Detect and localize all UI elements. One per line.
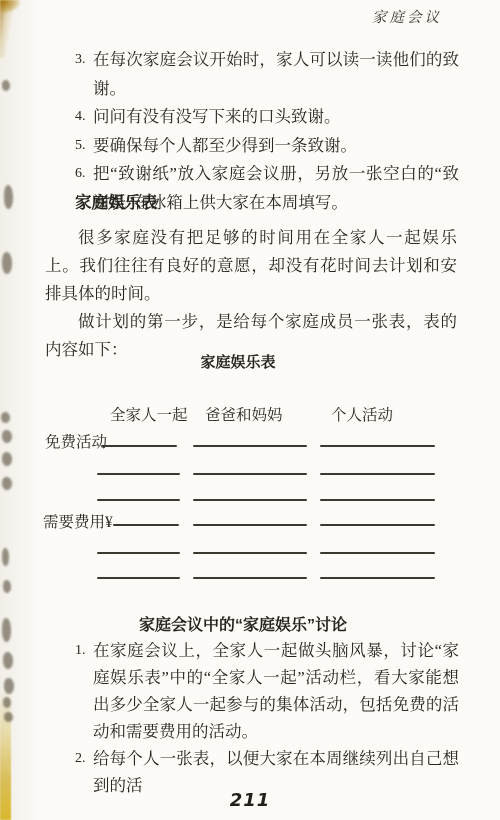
blank-line	[97, 473, 180, 475]
list-item: 1. 在家庭会议上，全家人一起做头脑风暴，讨论“家庭娱乐表”中的“全家人一起”活…	[75, 637, 459, 745]
list-item: 3. 在每次家庭会议开始时，家人可以读一读他们的致谢。	[75, 46, 459, 103]
blank-line	[320, 499, 435, 501]
list-item-text: 要确保每个人都至少得到一条致谢。	[93, 132, 459, 161]
blank-line	[320, 552, 435, 554]
page-edge-artifact	[3, 580, 11, 593]
running-header: 家庭会议	[372, 6, 442, 27]
row-label-cost-activities: 需要费用¥	[43, 510, 113, 532]
list-item: 4. 问问有没有没写下来的口头致谢。	[75, 103, 459, 132]
list-item-number: 5.	[75, 132, 93, 161]
book-page: 家庭会议 3. 在每次家庭会议开始时，家人可以读一读他们的致谢。 4. 问问有没…	[0, 0, 500, 820]
blank-line	[113, 524, 179, 526]
blank-line	[97, 552, 180, 554]
blank-line	[101, 445, 177, 447]
section-heading: 家庭娱乐表	[75, 189, 158, 213]
blank-line	[193, 473, 307, 475]
page-edge-artifact	[2, 548, 9, 566]
column-header-personal: 个人活动	[331, 403, 393, 425]
page-edge-artifact	[4, 678, 14, 694]
column-header-parents: 爸爸和妈妈	[205, 403, 283, 425]
page-edge-artifact	[2, 452, 12, 466]
blank-line	[193, 445, 307, 447]
list-item-number: 4.	[75, 103, 93, 132]
page-edge-artifact	[2, 430, 12, 443]
list-item-text: 问问有没有没写下来的口头致谢。	[93, 103, 459, 132]
column-header-family: 全家人一起	[110, 403, 188, 425]
blank-line	[193, 577, 307, 579]
blank-line	[193, 499, 307, 501]
blank-line	[97, 577, 180, 579]
blank-line	[193, 552, 307, 554]
page-number: 211	[0, 790, 500, 811]
list-item-text: 在家庭会议上，全家人一起做头脑风暴，讨论“家庭娱乐表”中的“全家人一起”活动栏，…	[93, 637, 459, 745]
row-label-free-activities: 免费活动	[45, 430, 107, 452]
blank-line	[320, 577, 435, 579]
page-edge-artifact	[3, 697, 11, 708]
list-item-number: 6.	[75, 160, 93, 189]
list-item-number: 3.	[75, 46, 93, 75]
page-edge-artifact	[2, 80, 10, 91]
blank-line	[320, 473, 435, 475]
blank-line	[320, 445, 435, 447]
corner-stain-artifact	[0, 0, 34, 58]
blank-line	[97, 499, 180, 501]
list-item-number: 1.	[75, 637, 93, 664]
page-edge-artifact	[4, 712, 13, 722]
page-edge-artifact	[1, 412, 10, 423]
page-edge-artifact	[2, 477, 12, 490]
page-edge-artifact	[2, 252, 12, 274]
list-item: 5. 要确保每个人都至少得到一条致谢。	[75, 132, 459, 161]
paragraph: 很多家庭没有把足够的时间用在全家人一起娱乐上。我们往往有良好的意愿，却没有花时间…	[45, 224, 457, 308]
list-item-text: 在每次家庭会议开始时，家人可以读一读他们的致谢。	[93, 46, 459, 103]
list-item-number: 2.	[75, 745, 93, 772]
body-paragraphs: 很多家庭没有把足够的时间用在全家人一起娱乐上。我们往往有良好的意愿，却没有花时间…	[45, 224, 457, 364]
discussion-list: 1. 在家庭会议上，全家人一起做头脑风暴，讨论“家庭娱乐表”中的“全家人一起”活…	[75, 637, 459, 799]
discussion-heading: 家庭会议中的“家庭娱乐”讨论	[0, 612, 486, 635]
page-edge-artifact	[4, 185, 13, 209]
form-table-title: 家庭娱乐表	[0, 351, 476, 372]
page-edge-artifact	[3, 652, 13, 669]
blank-line	[320, 524, 435, 526]
blank-line	[193, 524, 307, 526]
